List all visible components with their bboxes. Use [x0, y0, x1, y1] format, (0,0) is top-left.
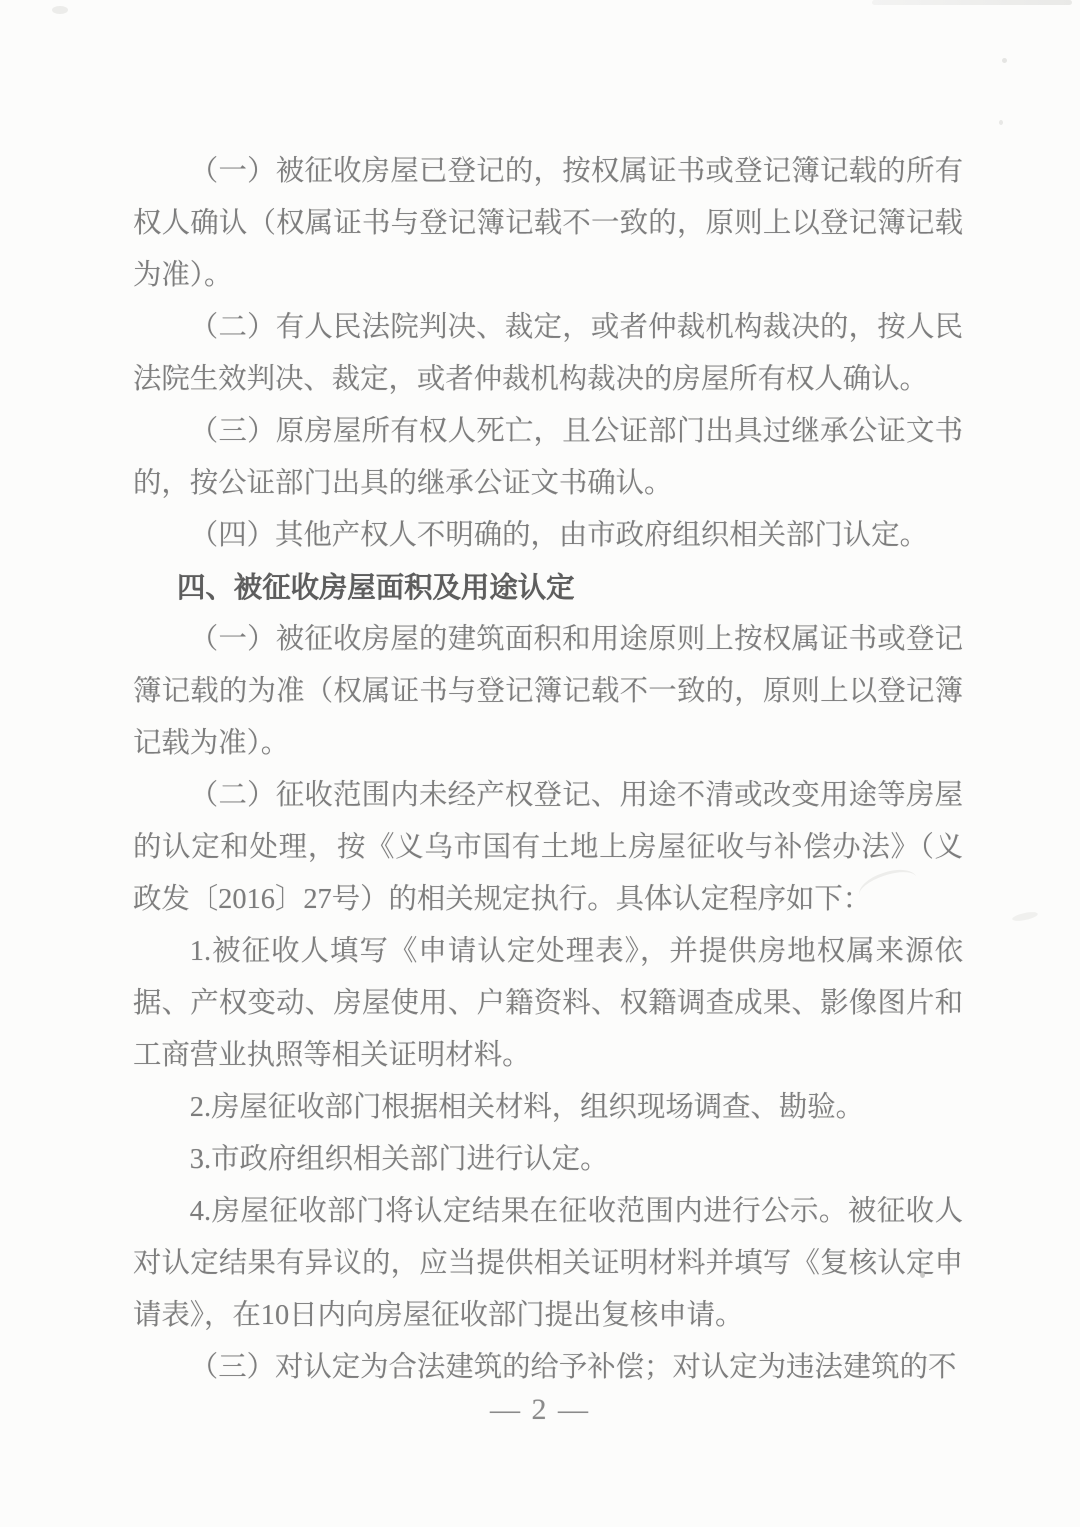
paragraph: （一）被征收房屋的建筑面积和用途原则上按权属证书或登记簿记载的为准（权属证书与登… [133, 614, 963, 770]
page-number: — 2 — [0, 1390, 1080, 1430]
paragraph: （三）原房屋所有权人死亡，且公证部门出具过继承公证文书的，按公证部门出具的继承公… [133, 406, 963, 510]
paragraph: 2.房屋征收部门根据相关材料，组织现场调查、勘验。 [133, 1082, 963, 1134]
paragraph: （四）其他产权人不明确的，由市政府组织相关部门认定。 [133, 510, 963, 562]
document-page: （一）被征收房屋已登记的，按权属证书或登记簿记载的所有权人确认（权属证书与登记簿… [0, 0, 1080, 1527]
paragraph: （三）对认定为合法建筑的给予补偿；对认定为违法建筑的不 [133, 1342, 963, 1394]
paragraph: 4.房屋征收部门将认定结果在征收范围内进行公示。被征收人对认定结果有异议的，应当… [133, 1186, 963, 1342]
scan-artifact [1012, 910, 1039, 922]
paragraph: 3.市政府组织相关部门进行认定。 [133, 1134, 963, 1186]
paragraph: （二）有人民法院判决、裁定，或者仲裁机构裁决的，按人民法院生效判决、裁定，或者仲… [133, 302, 963, 406]
paragraph: （一）被征收房屋已登记的，按权属证书或登记簿记载的所有权人确认（权属证书与登记簿… [133, 146, 963, 302]
document-body: （一）被征收房屋已登记的，按权属证书或登记簿记载的所有权人确认（权属证书与登记簿… [133, 146, 963, 1394]
paragraph: （二）征收范围内未经产权登记、用途不清或改变用途等房屋的认定和处理，按《义乌市国… [133, 770, 963, 926]
scan-artifact [1002, 58, 1007, 63]
scan-artifact [872, 0, 1072, 5]
scan-artifact [52, 6, 68, 14]
section-heading: 四、被征收房屋面积及用途认定 [133, 562, 963, 614]
paragraph: 1.被征收人填写《申请认定处理表》，并提供房地权属来源依据、产权变动、房屋使用、… [133, 926, 963, 1082]
scan-artifact [999, 120, 1003, 125]
